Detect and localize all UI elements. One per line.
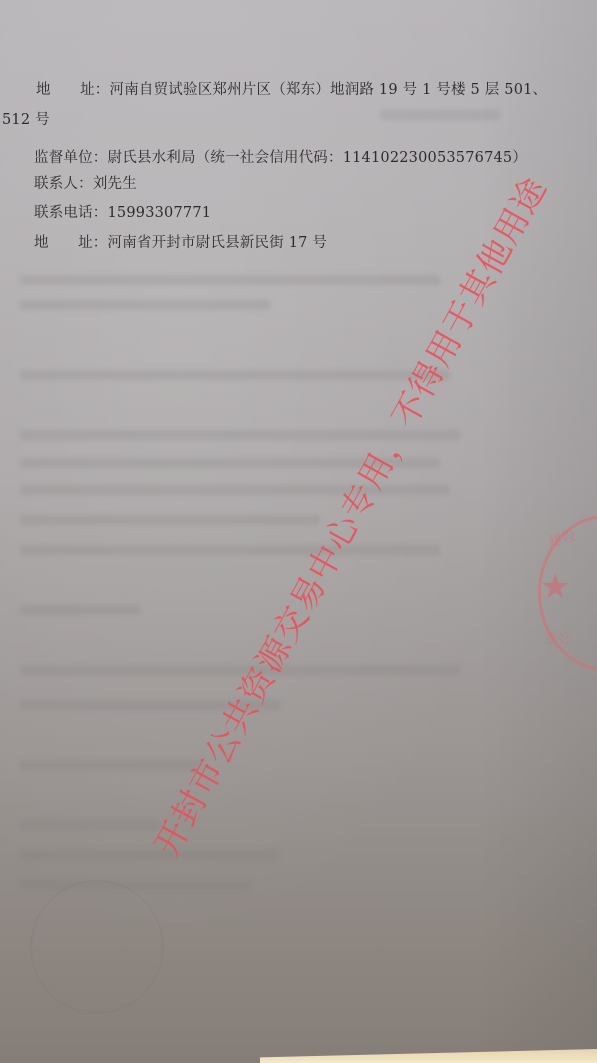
show-through-text (20, 300, 270, 310)
page-bottom-edge (260, 1049, 597, 1063)
supervisor-address-line: 地 址：河南省开封市尉氏县新民街 17 号 (34, 231, 327, 252)
contact-phone-value: 15993307771 (108, 205, 212, 221)
contact-person-label: 联系人： (34, 176, 93, 192)
show-through-text (20, 275, 440, 285)
agency-address-continuation: 512 号 (2, 108, 50, 129)
agency-address-value: 河南自贸试验区郑州片区（郑东）地润路 19 号 1 号楼 5 层 501、 (110, 82, 548, 98)
show-through-text (20, 605, 140, 615)
stamp-text-bottom: 公章 (544, 628, 572, 648)
contact-phone-label: 联系电话： (34, 205, 108, 221)
contact-person-line: 联系人：刘先生 (34, 172, 137, 193)
agency-address-line: 地 址：河南自贸试验区郑州片区（郑东）地润路 19 号 1 号楼 5 层 501… (36, 78, 547, 99)
star-icon: ★ (540, 570, 570, 604)
show-through-text (20, 880, 250, 890)
show-through-text (20, 820, 160, 830)
contact-phone-line: 联系电话：15993307771 (34, 201, 211, 222)
contact-person-value: 刘先生 (93, 176, 137, 192)
supervisor-address-label: 地 址： (34, 235, 108, 251)
show-through-text (380, 110, 500, 120)
supervisor-unit-line: 监督单位：尉氏县水利局（统一社会信用代码：11410223005357674​5… (34, 146, 527, 167)
agency-address-label: 地 址： (36, 82, 110, 98)
show-through-text (20, 370, 450, 380)
show-through-text (20, 545, 440, 555)
show-through-text (20, 515, 320, 525)
show-through-seal (30, 880, 164, 1014)
supervisor-unit-label: 监督单位： (34, 150, 108, 166)
show-through-text (20, 850, 280, 860)
supervisor-address-value: 河南省开封市尉氏县新民街 17 号 (108, 235, 328, 251)
show-through-text (20, 760, 200, 770)
supervisor-unit-value: 尉氏县水利局（统一社会信用代码：11410223005357674​5） (108, 150, 528, 166)
